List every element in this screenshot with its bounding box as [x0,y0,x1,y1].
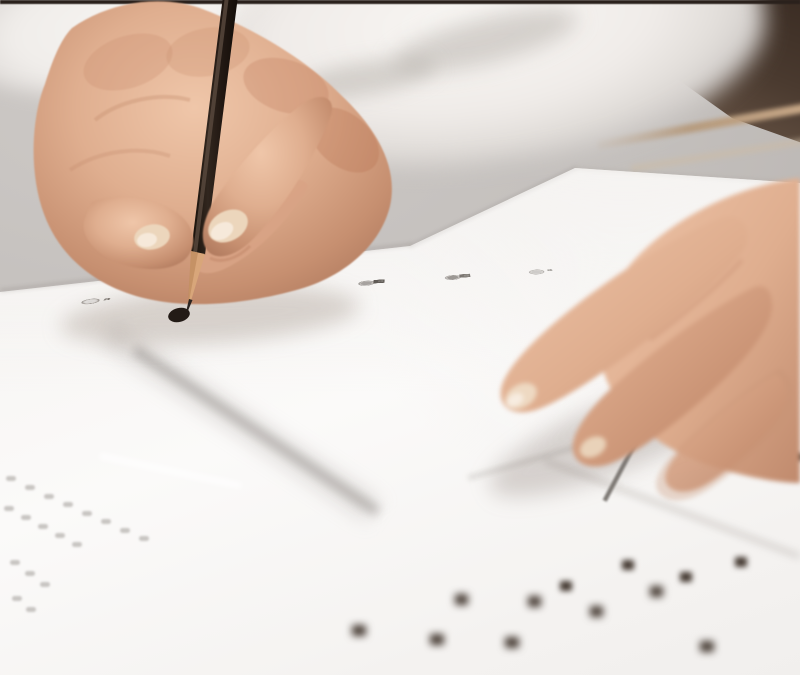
faint-print-mark [26,607,36,612]
blurred-filled-mark [700,641,714,652]
faint-print-mark [139,536,149,541]
blurred-filled-mark [590,606,603,617]
blurred-filled-mark [560,581,572,591]
faint-print-mark [120,528,130,533]
faint-print-mark [6,476,16,481]
faint-print-mark [82,511,92,516]
faint-print-mark [44,494,54,499]
faint-print-mark [4,506,14,511]
faint-print-mark [40,582,50,587]
blurred-filled-mark [455,594,468,605]
faint-print-mark [63,502,73,507]
faint-print-mark [101,519,111,524]
faint-print-mark [72,542,82,547]
blurred-filled-mark [622,560,634,570]
blurred-filled-mark [650,586,663,597]
faint-print-mark [10,560,20,565]
faint-print-mark [38,524,48,529]
blurred-filled-mark [352,625,366,636]
faint-print-mark [55,533,65,538]
blurred-filled-mark [430,634,444,645]
left-hand-with-pencil [0,0,430,360]
right-hand [420,160,800,520]
faint-print-mark [12,596,22,601]
blurred-filled-mark [505,637,519,648]
blurred-filled-mark [528,596,541,607]
faint-print-mark [25,485,35,490]
blurred-filled-mark [735,557,747,567]
blurred-filled-mark [680,572,692,582]
faint-print-mark [21,515,31,520]
photo-hands-filling-answer-sheet: ABCDE898887868584838281ABCDE797877767574… [0,0,800,675]
faint-print-mark [25,571,35,576]
